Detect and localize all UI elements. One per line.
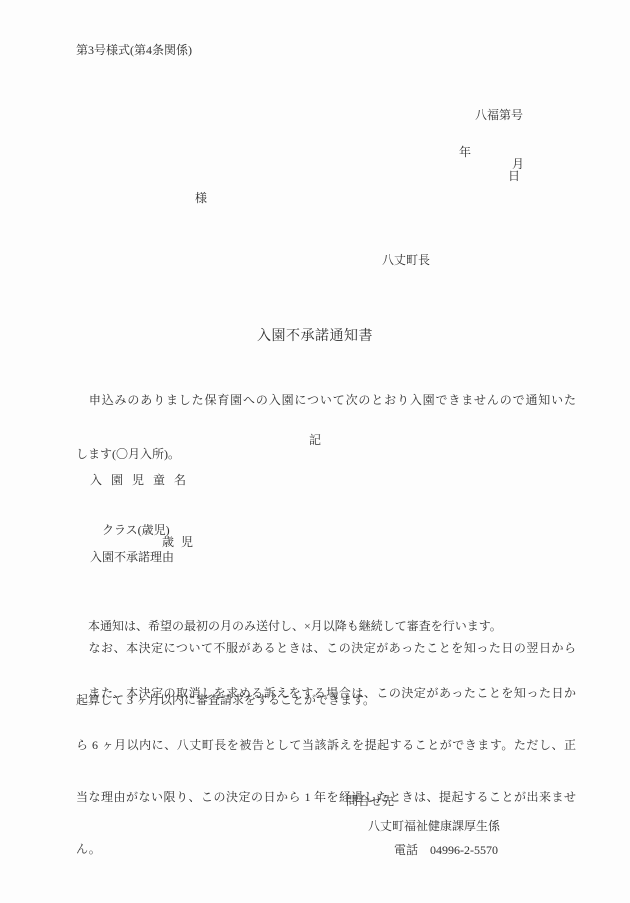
form-number: 第3号様式(第4条関係) — [76, 44, 192, 56]
class-age-unit-label: 歳 児 — [162, 535, 195, 549]
note-line: 当な理由がない限り、この決定の日から 1 年を経過したときは、提起することが出来… — [76, 786, 576, 808]
addressee-honorific: 様 — [195, 192, 207, 204]
document-title: 入園不承諾通知書 — [0, 330, 630, 344]
contact-heading: 問合せ先 — [346, 795, 394, 807]
date-line: 年 月 日 — [447, 134, 524, 194]
reason-field-label: 入園不承諾理由 — [90, 551, 174, 563]
document-number: 八福第号 — [475, 109, 523, 121]
sender-name: 八丈町長 — [382, 254, 430, 266]
intro-line: 申込みのありました保育園への入園について次のとおり入園できませんので通知いた — [76, 388, 576, 412]
ki-marker: 記 — [0, 434, 630, 446]
date-day-label: 日 — [508, 170, 520, 182]
note-paragraph-3: また、本決定の取消しを求める訴えをする場合は、この決定があったことを知った日か … — [76, 652, 576, 890]
contact-department: 八丈町福祉健康課厚生係 — [368, 820, 500, 832]
contact-phone: 電話 04996-2-5570 — [394, 844, 498, 856]
note-line: ん。 — [76, 838, 576, 860]
note-line: また、本決定の取消しを求める訴えをする場合は、この決定があったことを知った日か — [76, 682, 576, 704]
note-line: ら 6 ヶ月以内に、八丈町長を被告として当該訴えを提起することができます。ただし… — [76, 734, 576, 756]
child-name-field-label: 入園児童名 — [90, 474, 195, 486]
class-field-label: クラス(歳児) — [102, 523, 170, 537]
document-page: 第3号様式(第4条関係) 八福第号 年 月 日 様 八丈町長 入園不承諾通知書 … — [0, 0, 630, 903]
date-year-label: 年 — [459, 146, 471, 158]
